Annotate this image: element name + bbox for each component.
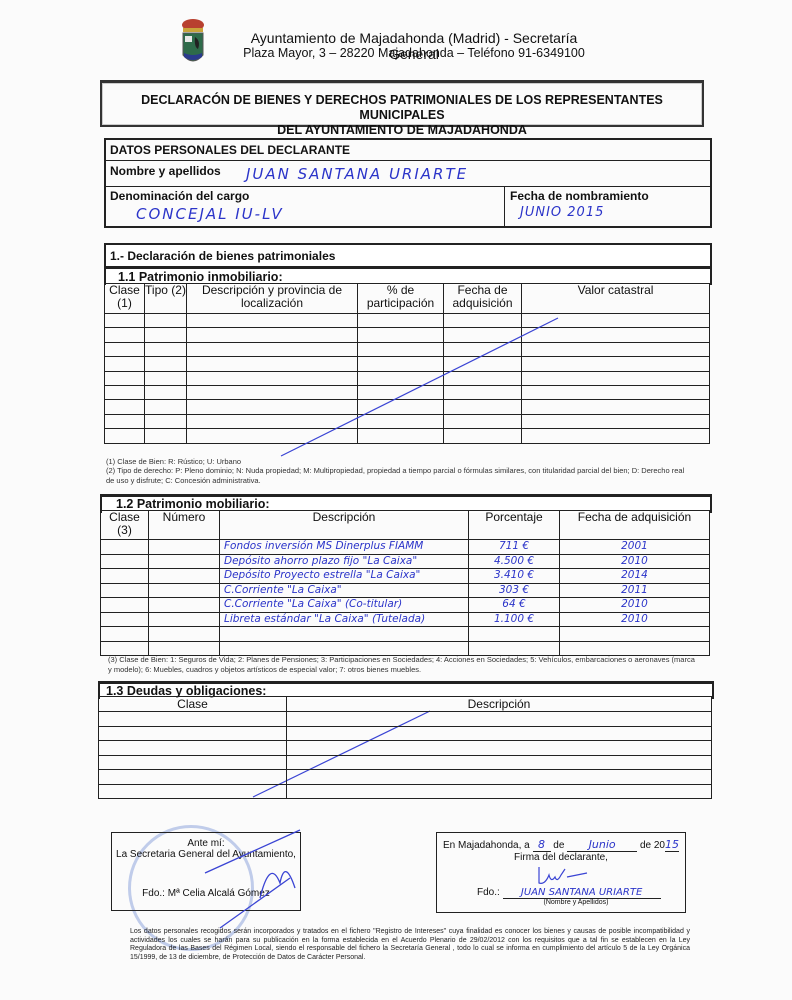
cell-fecha[interactable] bbox=[560, 627, 710, 642]
cell-numero[interactable] bbox=[149, 612, 220, 627]
col-descripcion: Descripción bbox=[220, 511, 469, 540]
cell-porcentaje[interactable]: 4.500 € bbox=[469, 554, 560, 569]
cell-numero[interactable] bbox=[149, 569, 220, 584]
declarant-name-field[interactable]: JUAN SANTANA URIARTE bbox=[503, 887, 661, 899]
table-row: C.Corriente "La Caixa"303 €2011 bbox=[101, 583, 710, 598]
cell-numero[interactable] bbox=[149, 641, 220, 656]
col-descripcion: Descripción bbox=[287, 697, 712, 712]
declarant-signature-box: En Majadahonda, a 8 de Junio de 2015 Fir… bbox=[436, 832, 686, 913]
year-field[interactable]: 15 bbox=[665, 838, 679, 852]
cell-porcentaje[interactable]: 3.410 € bbox=[469, 569, 560, 584]
cell-fecha[interactable]: 2001 bbox=[560, 540, 710, 555]
cell-clase[interactable] bbox=[101, 641, 149, 656]
table-cell[interactable] bbox=[99, 726, 287, 741]
cell-porcentaje[interactable]: 64 € bbox=[469, 598, 560, 613]
table-row: Depósito ahorro plazo fijo "La Caixa"4.5… bbox=[101, 554, 710, 569]
cell-clase[interactable] bbox=[101, 598, 149, 613]
table-row bbox=[99, 726, 712, 741]
table-row bbox=[99, 741, 712, 756]
table-row bbox=[101, 641, 710, 656]
col-clase: Clase (3) bbox=[101, 511, 149, 540]
table-row: Depósito Proyecto estrella "La Caixa"3.4… bbox=[101, 569, 710, 584]
table-cell[interactable] bbox=[287, 712, 712, 727]
month-field[interactable]: Junio bbox=[567, 838, 637, 852]
cell-descripcion[interactable]: C.Corriente "La Caixa" bbox=[220, 583, 469, 598]
cell-descripcion[interactable]: Fondos inversión MS Dinerplus FIAMM bbox=[220, 540, 469, 555]
movable-table: Clase (3) Número Descripción Porcentaje … bbox=[100, 510, 710, 656]
col-clase: Clase bbox=[99, 697, 287, 712]
table-row bbox=[99, 770, 712, 785]
cell-numero[interactable] bbox=[149, 554, 220, 569]
table-row: Fondos inversión MS Dinerplus FIAMM711 €… bbox=[101, 540, 710, 555]
cell-descripcion[interactable]: Depósito Proyecto estrella "La Caixa" bbox=[220, 569, 469, 584]
debts-table: Clase Descripción bbox=[98, 696, 712, 799]
cell-descripcion[interactable]: C.Corriente "La Caixa" (Co-titular) bbox=[220, 598, 469, 613]
col-fecha: Fecha de adquisición bbox=[560, 511, 710, 540]
day-field[interactable]: 8 bbox=[533, 838, 551, 852]
cell-fecha[interactable] bbox=[560, 641, 710, 656]
cell-fecha[interactable]: 2010 bbox=[560, 598, 710, 613]
table-row: Libreta estándar "La Caixa" (Tutelada)1.… bbox=[101, 612, 710, 627]
cell-clase[interactable] bbox=[101, 583, 149, 598]
table-cell[interactable] bbox=[287, 784, 712, 799]
table-cell[interactable] bbox=[99, 712, 287, 727]
privacy-footer: Los datos personales recogidos serán inc… bbox=[130, 928, 690, 962]
cell-clase[interactable] bbox=[101, 627, 149, 642]
table-cell[interactable] bbox=[287, 770, 712, 785]
table-row: C.Corriente "La Caixa" (Co-titular)64 €2… bbox=[101, 598, 710, 613]
table-row bbox=[99, 755, 712, 770]
table-cell[interactable] bbox=[287, 755, 712, 770]
table-cell[interactable] bbox=[99, 755, 287, 770]
cell-numero[interactable] bbox=[149, 627, 220, 642]
cell-clase[interactable] bbox=[101, 540, 149, 555]
fdo-label: Fdo.: bbox=[477, 887, 500, 898]
name-caption: (Nombre y Apellidos) bbox=[437, 899, 685, 906]
cell-descripcion[interactable] bbox=[220, 641, 469, 656]
cell-descripcion[interactable]: Libreta estándar "La Caixa" (Tutelada) bbox=[220, 612, 469, 627]
table-row bbox=[99, 712, 712, 727]
cell-clase[interactable] bbox=[101, 612, 149, 627]
cell-fecha[interactable]: 2011 bbox=[560, 583, 710, 598]
cell-porcentaje[interactable]: 711 € bbox=[469, 540, 560, 555]
table-cell[interactable] bbox=[287, 741, 712, 756]
cell-descripcion[interactable]: Depósito ahorro plazo fijo "La Caixa" bbox=[220, 554, 469, 569]
table-row bbox=[99, 784, 712, 799]
table-row bbox=[101, 627, 710, 642]
cell-fecha[interactable]: 2010 bbox=[560, 554, 710, 569]
cell-porcentaje[interactable] bbox=[469, 627, 560, 642]
cell-porcentaje[interactable] bbox=[469, 641, 560, 656]
cell-numero[interactable] bbox=[149, 583, 220, 598]
signature-icon bbox=[531, 863, 591, 887]
cell-porcentaje[interactable]: 303 € bbox=[469, 583, 560, 598]
table-cell[interactable] bbox=[287, 726, 712, 741]
cell-clase[interactable] bbox=[101, 554, 149, 569]
cell-clase[interactable] bbox=[101, 569, 149, 584]
declarant-sign-label: Firma del declarante, bbox=[437, 852, 685, 863]
de-label: de bbox=[553, 840, 564, 851]
col-numero: Número bbox=[149, 511, 220, 540]
cell-porcentaje[interactable]: 1.100 € bbox=[469, 612, 560, 627]
table-cell[interactable] bbox=[99, 741, 287, 756]
cell-numero[interactable] bbox=[149, 540, 220, 555]
cell-fecha[interactable]: 2010 bbox=[560, 612, 710, 627]
cell-descripcion[interactable] bbox=[220, 627, 469, 642]
cell-fecha[interactable]: 2014 bbox=[560, 569, 710, 584]
table-cell[interactable] bbox=[99, 770, 287, 785]
table-cell[interactable] bbox=[99, 784, 287, 799]
col-porcentaje: Porcentaje bbox=[469, 511, 560, 540]
real-estate-note-2: (2) Tipo de derecho: P: Pleno dominio; N… bbox=[106, 466, 686, 486]
secretary-signature-icon bbox=[200, 828, 310, 938]
year-prefix: de 20 bbox=[640, 840, 665, 851]
movable-note: (3) Clase de Bien: 1: Seguros de Vida; 2… bbox=[108, 655, 698, 675]
cell-numero[interactable] bbox=[149, 598, 220, 613]
place-label: En Majadahonda, a bbox=[443, 840, 530, 851]
movable-heading: 1.2 Patrimonio mobiliario: bbox=[116, 497, 270, 511]
